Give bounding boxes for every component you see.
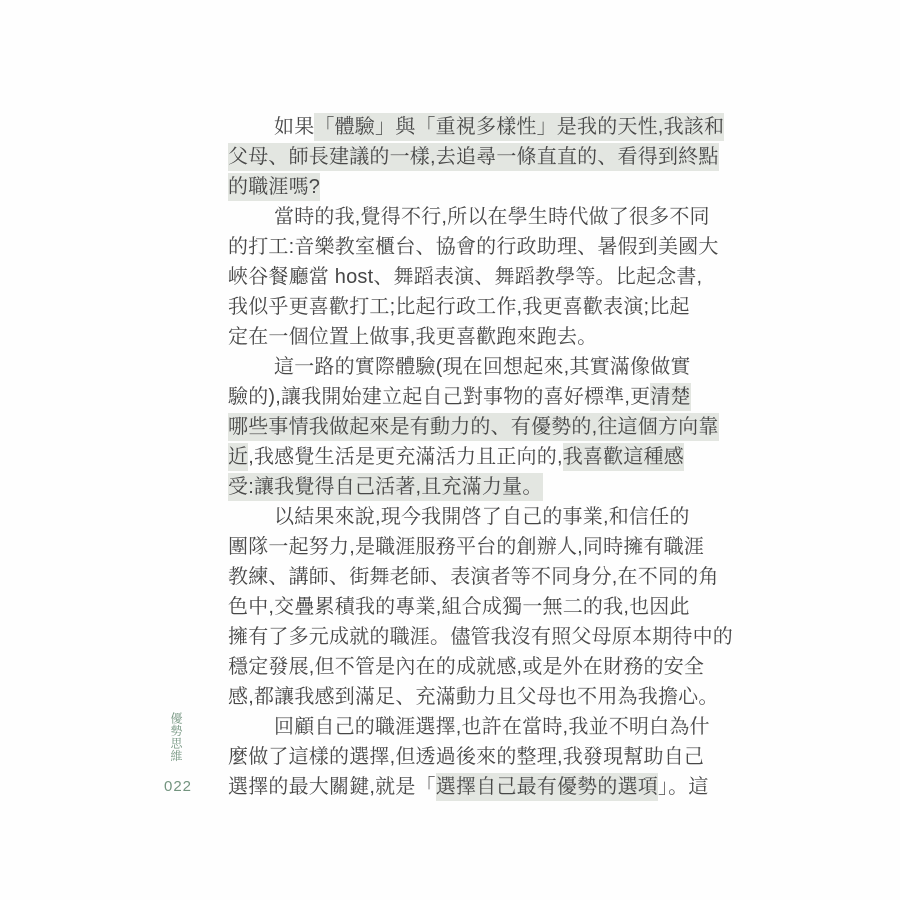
text-segment: 團隊一起努力,是職涯服務平台的創辦人,同時擁有職涯 xyxy=(228,536,704,558)
highlighted-text: 的職涯嗎? xyxy=(228,173,320,201)
text-segment: 教練、講師、街舞老師、表演者等不同身分,在不同的角 xyxy=(228,566,719,588)
text-segment: 」。這 xyxy=(658,776,709,798)
text-segment: 峽谷餐廳當 host、舞蹈表演、舞蹈教學等。比起念書, xyxy=(228,266,702,288)
text-line: 峽谷餐廳當 host、舞蹈表演、舞蹈教學等。比起念書, xyxy=(228,262,678,292)
text-line: 回顧自己的職涯選擇,也許在當時,我並不明白為什 xyxy=(228,712,678,742)
highlighted-text: 選擇自己最有優勢的選項 xyxy=(436,773,658,801)
text-segment: 回顧自己的職涯選擇,也許在當時,我並不明白為什 xyxy=(274,716,710,738)
text-line: 麼做了這樣的選擇,但透過後來的整理,我發現幫助自己 xyxy=(228,742,678,772)
text-column: 如果「體驗」與「重視多樣性」是我的天性,我該和父母、師長建議的一樣,去追尋一條直… xyxy=(228,112,678,802)
text-segment: 麼做了這樣的選擇,但透過後來的整理,我發現幫助自己 xyxy=(228,746,704,768)
text-line: 感,都讓我感到滿足、充滿動力且父母也不用為我擔心。 xyxy=(228,682,678,712)
text-line: 近,我感覺生活是更充滿活力且正向的,我喜歡這種感 xyxy=(228,442,678,472)
highlighted-text: 我喜歡這種感 xyxy=(563,443,684,471)
text-segment: 擁有了多元成就的職涯。儘管我沒有照父母原本期待中的 xyxy=(228,626,733,648)
text-line: 父母、師長建議的一樣,去追尋一條直直的、看得到終點 xyxy=(228,142,678,172)
text-segment: 的打工:音樂教室櫃台、協會的行政助理、暑假到美國大 xyxy=(228,236,719,258)
text-line: 驗的),讓我開始建立起自己對事物的喜好標準,更清楚 xyxy=(228,382,678,412)
highlighted-text: 清楚 xyxy=(650,383,690,411)
text-segment: 當時的我,覺得不行,所以在學生時代做了很多不同 xyxy=(274,206,710,228)
text-line: 如果「體驗」與「重視多樣性」是我的天性,我該和 xyxy=(228,112,678,142)
text-line: 以結果來說,現今我開啓了自己的事業,和信任的 xyxy=(228,502,678,532)
highlighted-text: 「體驗」與「重視多樣性」是我的天性,我該和 xyxy=(314,113,724,141)
text-line: 選擇的最大關鍵,就是「選擇自己最有優勢的選項」。這 xyxy=(228,772,678,802)
text-line: 受:讓我覺得自己活著,且充滿力量。 xyxy=(228,472,678,502)
text-line: 當時的我,覺得不行,所以在學生時代做了很多不同 xyxy=(228,202,678,232)
text-line: 的職涯嗎? xyxy=(228,172,678,202)
text-line: 哪些事情我做起來是有動力的、有優勢的,往這個方向靠 xyxy=(228,412,678,442)
text-line: 的打工:音樂教室櫃台、協會的行政助理、暑假到美國大 xyxy=(228,232,678,262)
text-segment: 感,都讓我感到滿足、充滿動力且父母也不用為我擔心。 xyxy=(228,686,719,708)
book-page: 優勢思維 022 如果「體驗」與「重視多樣性」是我的天性,我該和父母、師長建議的… xyxy=(0,0,900,900)
text-segment: ,我感覺生活是更充滿活力且正向的, xyxy=(248,446,563,468)
text-segment: 我似乎更喜歡打工;比起行政工作,我更喜歡表演;比起 xyxy=(228,296,690,318)
highlighted-text: 近 xyxy=(228,443,248,471)
text-segment: 這一路的實際體驗(現在回想起來,其實滿像做實 xyxy=(274,356,691,378)
highlighted-text: 父母、師長建議的一樣,去追尋一條直直的、看得到終點 xyxy=(228,143,719,171)
text-line: 團隊一起努力,是職涯服務平台的創辦人,同時擁有職涯 xyxy=(228,532,678,562)
text-line: 這一路的實際體驗(現在回想起來,其實滿像做實 xyxy=(228,352,678,382)
text-line: 教練、講師、街舞老師、表演者等不同身分,在不同的角 xyxy=(228,562,678,592)
text-segment: 以結果來說,現今我開啓了自己的事業,和信任的 xyxy=(274,506,690,528)
text-segment: 穩定發展,但不管是內在的成就感,或是外在財務的安全 xyxy=(228,656,704,678)
text-line: 穩定發展,但不管是內在的成就感,或是外在財務的安全 xyxy=(228,652,678,682)
highlighted-text: 哪些事情我做起來是有動力的、有優勢的,往這個方向靠 xyxy=(228,413,719,441)
highlighted-text: 受:讓我覺得自己活著,且充滿力量。 xyxy=(228,473,543,501)
text-line: 定在一個位置上做事,我更喜歡跑來跑去。 xyxy=(228,322,678,352)
chapter-title-vertical: 優勢思維 xyxy=(167,712,185,762)
text-segment: 選擇的最大關鍵,就是「 xyxy=(228,776,436,798)
page-number: 022 xyxy=(164,778,192,795)
text-segment: 如果 xyxy=(274,116,314,138)
text-segment: 定在一個位置上做事,我更喜歡跑來跑去。 xyxy=(228,326,597,348)
text-line: 擁有了多元成就的職涯。儘管我沒有照父母原本期待中的 xyxy=(228,622,678,652)
text-line: 我似乎更喜歡打工;比起行政工作,我更喜歡表演;比起 xyxy=(228,292,678,322)
text-segment: 色中,交疊累積我的專業,組合成獨一無二的我,也因此 xyxy=(228,596,690,618)
text-line: 色中,交疊累積我的專業,組合成獨一無二的我,也因此 xyxy=(228,592,678,622)
text-segment: 驗的),讓我開始建立起自己對事物的喜好標準,更 xyxy=(228,386,650,408)
